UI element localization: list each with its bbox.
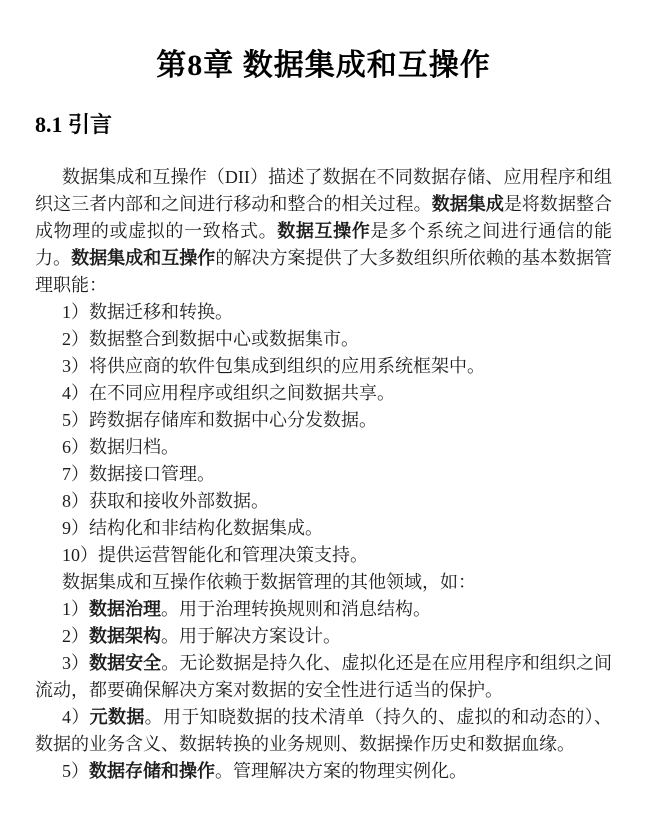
list-item: 4）在不同应用程序或组织之间数据共享。 (35, 380, 612, 407)
term-data-storage-operations: 数据存储和操作 (89, 761, 215, 781)
list-item: 1）数据治理。用于治理转换规则和消息结构。 (35, 596, 612, 623)
list-item: 5）数据存储和操作。管理解决方案的物理实例化。 (35, 758, 612, 785)
list-item: 4）元数据。用于知晓数据的技术清单（持久的、虚拟的和动态的）、数据的业务含义、数… (35, 704, 612, 758)
list-item: 7）数据接口管理。 (35, 461, 612, 488)
item-number: 5） (62, 761, 89, 781)
item-desc: 。用于解决方案设计。 (161, 626, 341, 646)
term-data-architecture: 数据架构 (89, 626, 161, 646)
document-page: 第8章 数据集成和互操作 8.1 引言 数据集成和互操作（DII）描述了数据在不… (0, 0, 650, 819)
item-number: 4） (62, 707, 90, 727)
item-number: 2） (62, 626, 89, 646)
item-desc: 。管理解决方案的物理实例化。 (215, 761, 467, 781)
term-data-integration: 数据集成 (432, 194, 504, 214)
term-data-security: 数据安全 (89, 653, 161, 673)
chapter-title: 第8章 数据集成和互操作 (35, 44, 612, 88)
term-metadata: 元数据 (90, 707, 145, 727)
intro-paragraph: 数据集成和互操作（DII）描述了数据在不同数据存储、应用程序和组织这三者内部和之… (35, 164, 612, 299)
list-item: 2）数据整合到数据中心或数据集市。 (35, 326, 612, 353)
dependencies-lead: 数据集成和互操作依赖于数据管理的其他领域，如： (35, 569, 612, 596)
list-item: 3）数据安全。无论数据是持久化、虚拟化还是在应用程序和组织之间流动，都要确保解决… (35, 650, 612, 704)
term-data-governance: 数据治理 (89, 599, 161, 619)
list-item: 6）数据归档。 (35, 434, 612, 461)
list-item: 9）结构化和非结构化数据集成。 (35, 515, 612, 542)
list-item: 1）数据迁移和转换。 (35, 299, 612, 326)
item-number: 3） (62, 653, 89, 673)
list-item: 10）提供运营智能化和管理决策支持。 (35, 542, 612, 569)
section-heading: 8.1 引言 (35, 110, 612, 140)
term-dii: 数据集成和互操作 (71, 248, 215, 268)
list-item: 3）将供应商的软件包集成到组织的应用系统框架中。 (35, 353, 612, 380)
list-item: 2）数据架构。用于解决方案设计。 (35, 623, 612, 650)
item-desc: 。用于治理转换规则和消息结构。 (161, 599, 431, 619)
item-number: 1） (62, 599, 89, 619)
list-item: 8）获取和接收外部数据。 (35, 488, 612, 515)
term-data-interoperability: 数据互操作 (277, 221, 370, 241)
list-item: 5）跨数据存储库和数据中心分发数据。 (35, 407, 612, 434)
